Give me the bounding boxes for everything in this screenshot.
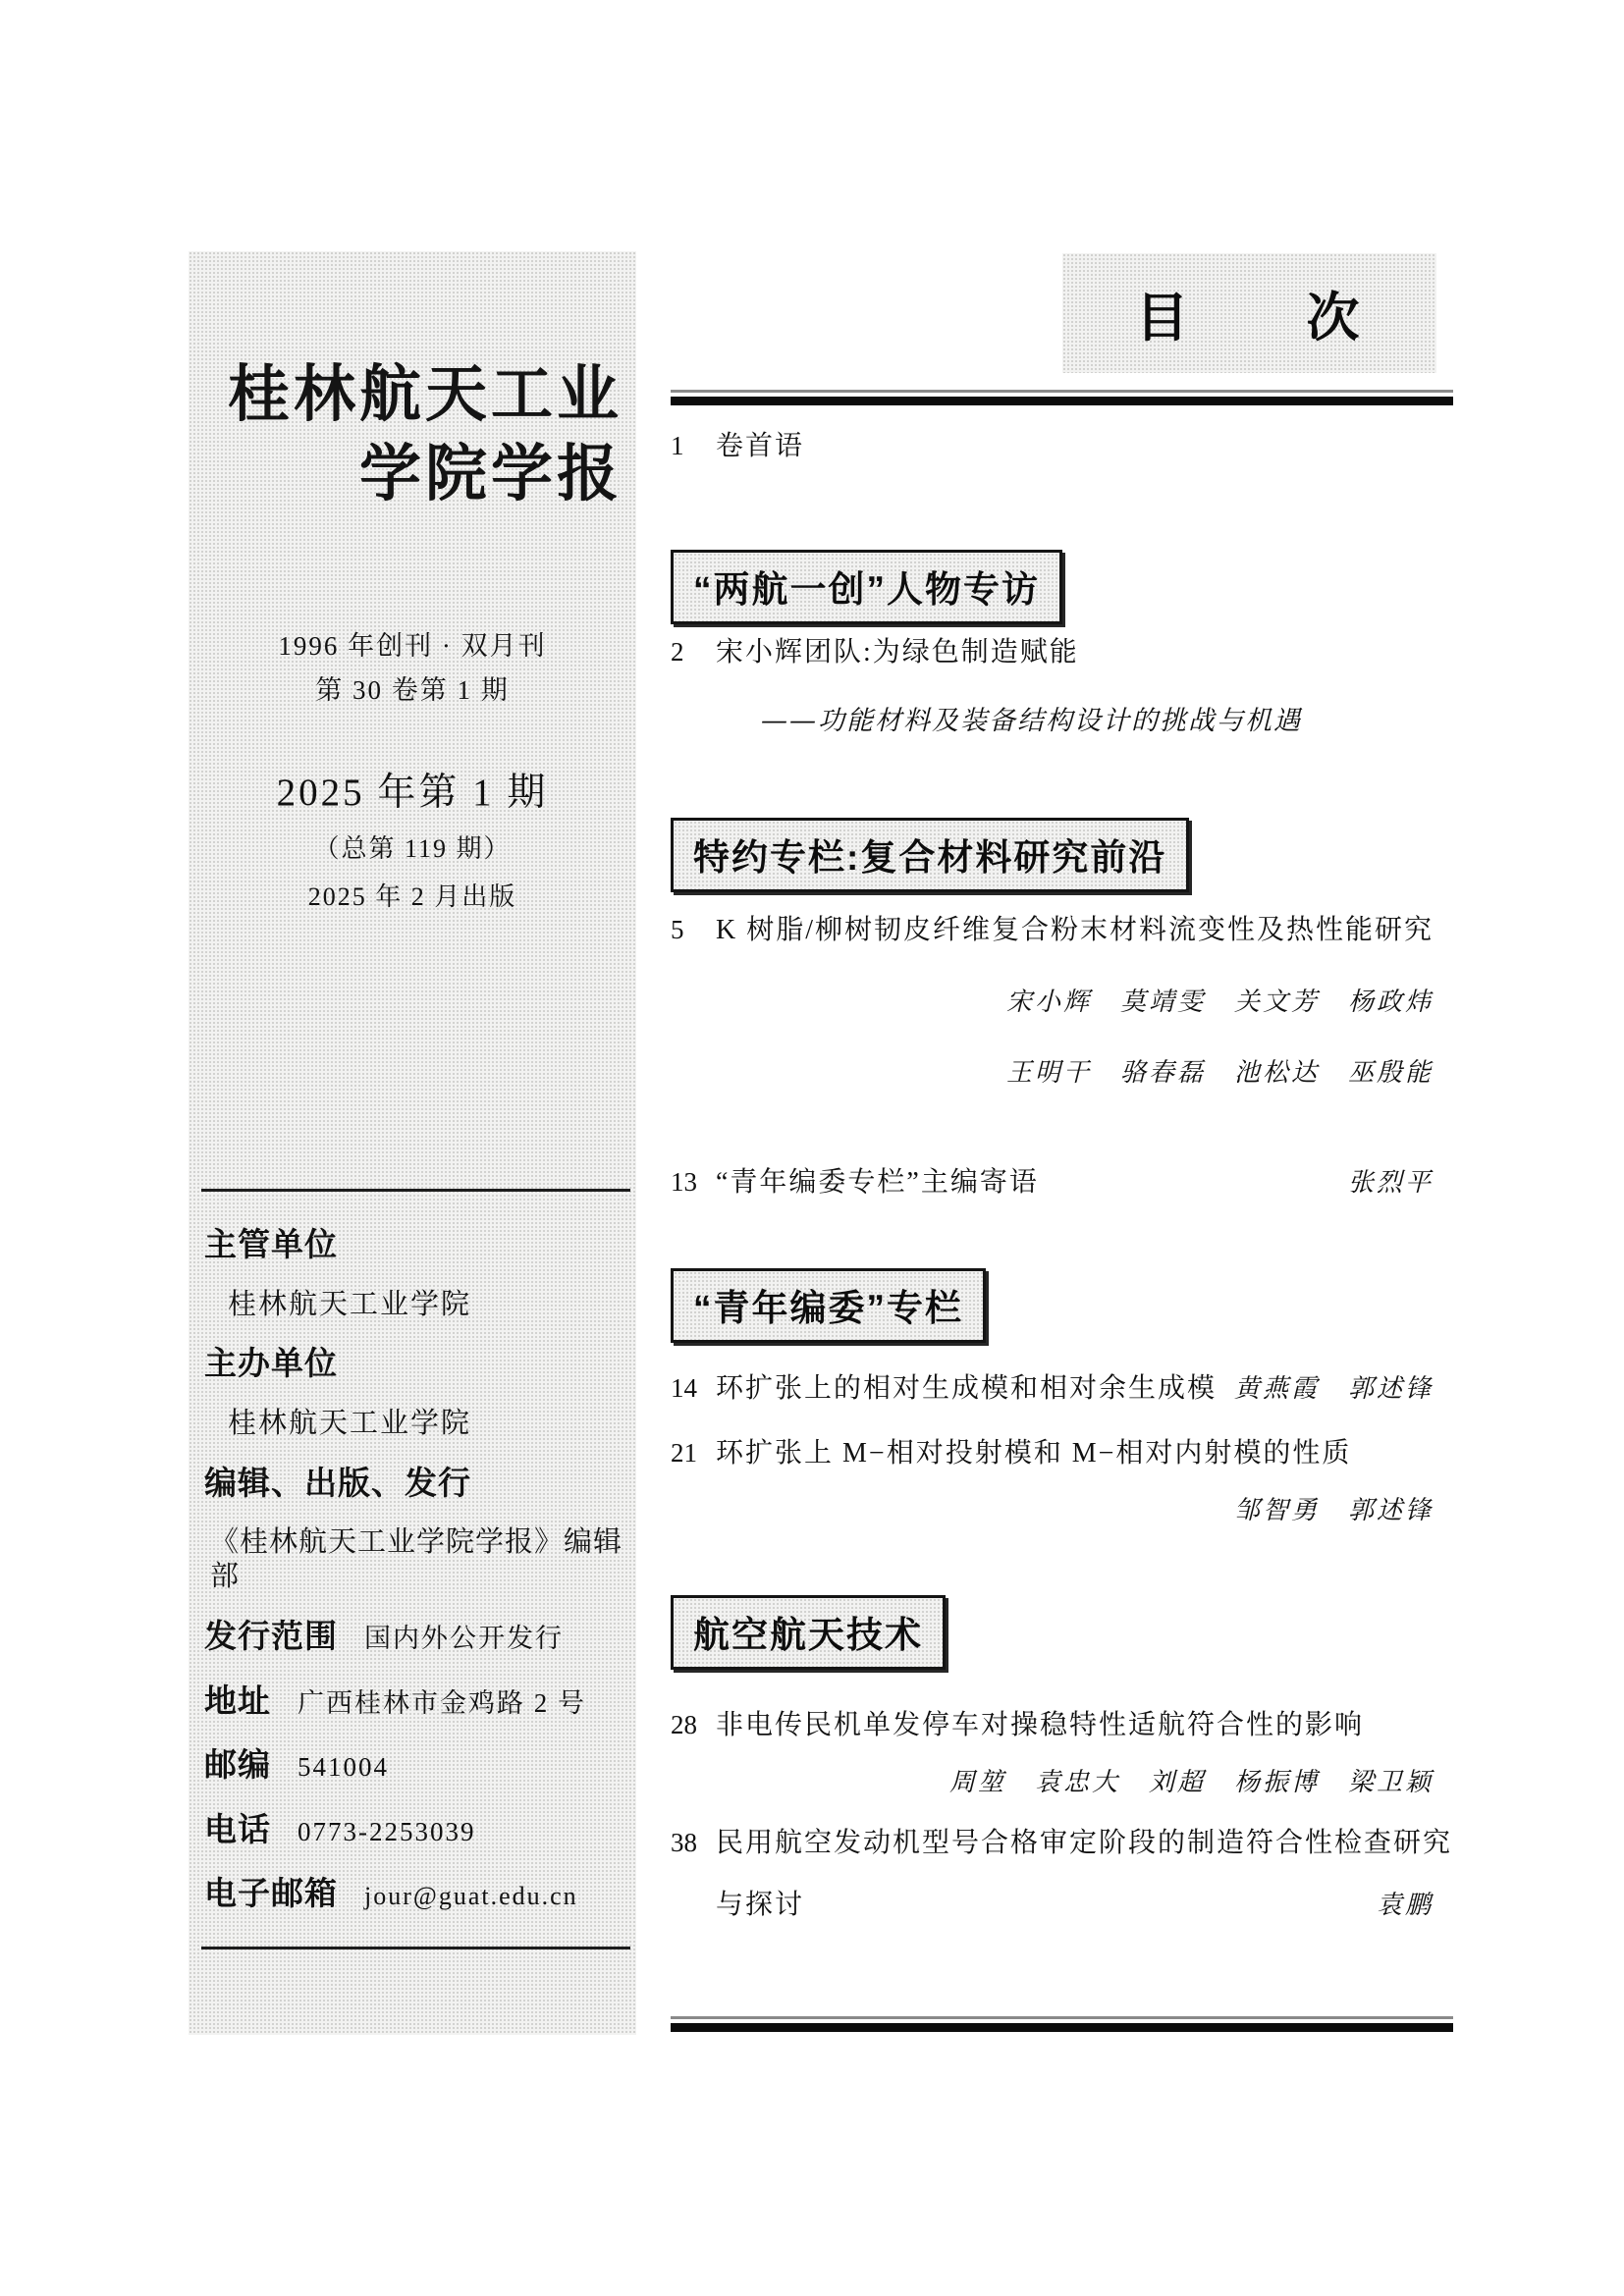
article-title: “青年编委专栏”主编寄语 xyxy=(716,1160,1348,1200)
field-row-distribution: 发行范围 国内外公开发行 xyxy=(204,1617,624,1656)
page-number: 21 xyxy=(671,1438,716,1468)
page-number: 2 xyxy=(671,637,716,667)
author-names: 宋小辉 莫靖雯 关文芳 杨政炜 xyxy=(1006,988,1434,1017)
journal-info-sidebar: 桂林航天工业 学院学报 1996 年创刊 · 双月刊 第 30 卷第 1 期 2… xyxy=(189,251,636,2035)
article-title: 环扩张上 M−相对投射模和 M−相对内射模的性质 xyxy=(716,1431,1351,1470)
toc-entry-21: 21 环扩张上 M−相对投射模和 M−相对内射模的性质 xyxy=(671,1431,1453,1470)
article-title: 宋小辉团队:为绿色制造赋能 xyxy=(716,630,1079,669)
section-header-box: “两航一创”人物专访 xyxy=(671,550,1062,624)
toc-top-rule xyxy=(671,390,1453,405)
toc-entry-28-authors: 周堃 袁忠大 刘超 杨振博 梁卫颖 xyxy=(671,1762,1453,1798)
article-title-continued: 与探讨 xyxy=(671,1883,1377,1922)
field-row-email: 电子邮箱 jour@guat.edu.cn xyxy=(204,1874,624,1913)
journal-toc-page: 桂林航天工业 学院学报 1996 年创刊 · 双月刊 第 30 卷第 1 期 2… xyxy=(0,0,1624,2296)
author-names: 邹智勇 郭述锋 xyxy=(1234,1496,1434,1525)
field-row-phone: 电话 0773-2253039 xyxy=(204,1810,624,1849)
page-number: 13 xyxy=(671,1167,716,1198)
issue-info: 2025 年第 1 期 （总第 119 期） 2025 年 2 月出版 xyxy=(189,762,636,913)
article-title: 民用航空发动机型号合格审定阶段的制造符合性检查研究 xyxy=(716,1821,1452,1860)
author-names: 王明干 骆春磊 池松达 巫殷能 xyxy=(1006,1058,1434,1088)
author-names: 黄燕霞 郭述锋 xyxy=(1234,1368,1453,1405)
toc-header-box: 目 次 xyxy=(1062,253,1436,373)
page-number: 38 xyxy=(671,1828,716,1858)
issue-line: 2025 年第 1 期 xyxy=(189,762,636,817)
section-header-box: 特约专栏:复合材料研究前沿 xyxy=(671,818,1189,892)
field-label-distribution: 发行范围 xyxy=(204,1617,338,1656)
author-names: 周堃 袁忠大 刘超 杨振博 梁卫颖 xyxy=(949,1768,1434,1797)
toc-header-text: 目 次 xyxy=(1136,276,1364,351)
field-label-supervisor: 主管单位 xyxy=(204,1225,624,1264)
toc-entry-5-authors-2: 王明干 骆春磊 池松达 巫殷能 xyxy=(671,1052,1453,1089)
field-value-distribution: 国内外公开发行 xyxy=(364,1623,564,1654)
journal-title-line1: 桂林航天工业 xyxy=(198,355,623,435)
toc-bottom-rule-thin xyxy=(671,2016,1453,2019)
article-title: 环扩张上的相对生成模和相对余生成模 xyxy=(716,1366,1234,1406)
pub-date-line: 2025 年 2 月出版 xyxy=(189,877,636,913)
founded-line: 1996 年创刊 · 双月刊 xyxy=(189,624,636,668)
field-label-editor-publisher: 编辑、出版、发行 xyxy=(204,1464,624,1503)
field-label-email: 电子邮箱 xyxy=(204,1874,338,1913)
toc-top-rule-thick xyxy=(671,397,1453,405)
journal-title: 桂林航天工业 学院学报 xyxy=(198,355,623,513)
sidebar-divider-bottom xyxy=(201,1947,630,1949)
field-value-supervisor: 桂林航天工业学院 xyxy=(228,1288,624,1322)
section-header-young-editors: “青年编委”专栏 xyxy=(671,1268,986,1343)
field-label-postcode: 邮编 xyxy=(204,1745,271,1785)
section-header-box: 航空航天技术 xyxy=(671,1595,946,1670)
article-title: 卷首语 xyxy=(716,424,804,463)
founded-info: 1996 年创刊 · 双月刊 第 30 卷第 1 期 xyxy=(189,624,636,712)
total-issue-line: （总第 119 期） xyxy=(189,828,636,865)
article-title: K 树脂/柳树韧皮纤维复合粉末材料流变性及热性能研究 xyxy=(716,908,1434,947)
toc-entry-2: 2 宋小辉团队:为绿色制造赋能 xyxy=(671,630,1453,669)
section-header-box: “青年编委”专栏 xyxy=(671,1268,986,1343)
article-title: 非电传民机单发停车对操稳特性适航符合性的影响 xyxy=(716,1703,1364,1742)
toc-bottom-rule-thick xyxy=(671,2023,1453,2032)
toc-entry-2-subtitle: ——功能材料及装备结构设计的挑战与机遇 xyxy=(671,699,1453,737)
toc-bottom-rule xyxy=(671,2016,1453,2032)
field-value-email: jour@guat.edu.cn xyxy=(364,1881,578,1911)
field-value-editor-publisher: 《桂林航天工业学院学报》编辑部 xyxy=(210,1525,624,1594)
page-number: 5 xyxy=(671,915,716,945)
toc-entry-5-authors-1: 宋小辉 莫靖雯 关文芳 杨政炜 xyxy=(671,982,1453,1018)
volume-line: 第 30 卷第 1 期 xyxy=(189,668,636,713)
publication-fields: 主管单位 桂林航天工业学院 主办单位 桂林航天工业学院 编辑、出版、发行 《桂林… xyxy=(204,1225,624,1939)
journal-title-line2: 学院学报 xyxy=(198,435,623,514)
page-number: 28 xyxy=(671,1710,716,1740)
toc-entry-5: 5 K 树脂/柳树韧皮纤维复合粉末材料流变性及热性能研究 xyxy=(671,908,1453,947)
field-label-phone: 电话 xyxy=(204,1810,271,1849)
sidebar-divider-top xyxy=(201,1189,630,1192)
author-names: 袁鹏 xyxy=(1377,1885,1453,1921)
section-header-interview: “两航一创”人物专访 xyxy=(671,550,1062,624)
field-value-postcode: 541004 xyxy=(298,1751,389,1783)
field-label-address: 地址 xyxy=(204,1682,271,1721)
toc-entry-28: 28 非电传民机单发停车对操稳特性适航符合性的影响 xyxy=(671,1703,1453,1742)
toc-entry-21-authors: 邹智勇 郭述锋 xyxy=(671,1490,1453,1526)
field-label-sponsor: 主办单位 xyxy=(204,1344,624,1383)
page-number: 1 xyxy=(671,431,716,461)
field-value-address: 广西桂林市金鸡路 2 号 xyxy=(298,1687,586,1719)
toc-entry-preface: 1 卷首语 xyxy=(671,424,1453,463)
field-row-address: 地址 广西桂林市金鸡路 2 号 xyxy=(204,1682,624,1721)
author-names: 张烈平 xyxy=(1348,1162,1453,1199)
toc-top-rule-thin xyxy=(671,390,1453,393)
page-number: 14 xyxy=(671,1373,716,1404)
section-header-aerospace: 航空航天技术 xyxy=(671,1595,946,1670)
section-header-special-column: 特约专栏:复合材料研究前沿 xyxy=(671,818,1189,892)
field-row-postcode: 邮编 541004 xyxy=(204,1745,624,1785)
field-value-sponsor: 桂林航天工业学院 xyxy=(228,1407,624,1441)
toc-entry-13: 13 “青年编委专栏”主编寄语 张烈平 xyxy=(671,1160,1453,1200)
toc-entry-38-line2: 与探讨 袁鹏 xyxy=(671,1883,1453,1922)
field-value-phone: 0773-2253039 xyxy=(298,1816,476,1847)
toc-entry-14: 14 环扩张上的相对生成模和相对余生成模 黄燕霞 郭述锋 xyxy=(671,1366,1453,1406)
toc-entry-38: 38 民用航空发动机型号合格审定阶段的制造符合性检查研究 xyxy=(671,1821,1453,1860)
